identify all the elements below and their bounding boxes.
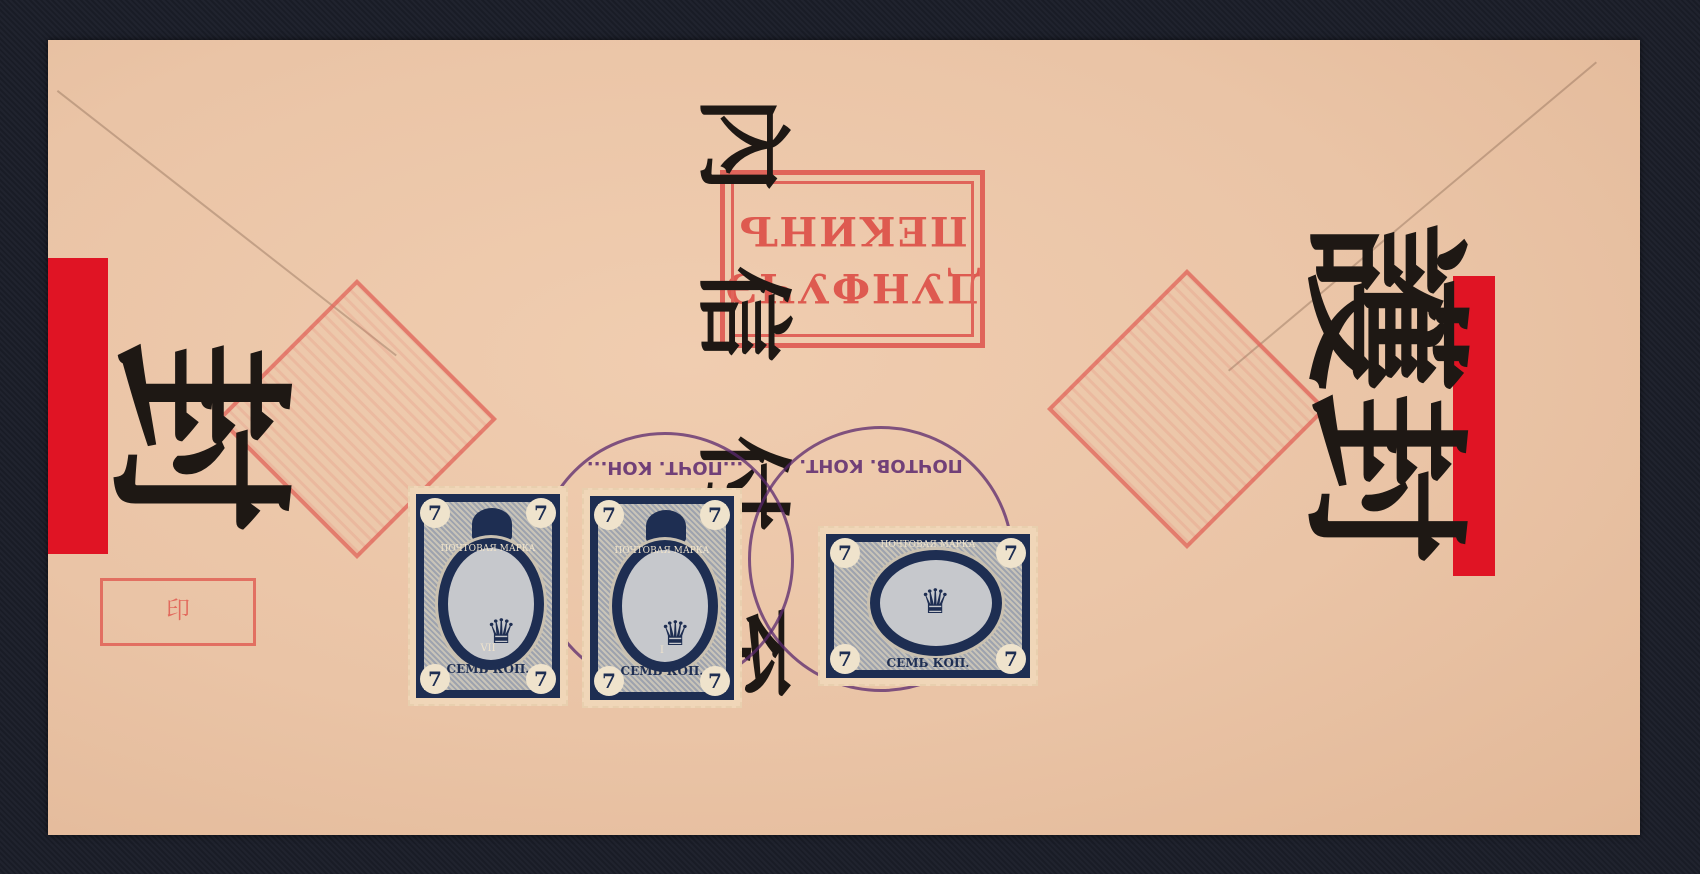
stamp-2: ♛ ПОЧТОВАЯ МАРКА I СЕМЬ КОП. 7 7 7 7 <box>582 488 742 708</box>
corner-numeral: 7 <box>996 538 1026 568</box>
corner-numeral: 7 <box>700 500 730 530</box>
stamp-1: ♛ ПОЧТОВАЯ МАРКА VII СЕМЬ КОП. 7 7 7 7 <box>408 486 568 706</box>
corner-numeral: 7 <box>700 666 730 696</box>
stamp-plate: I <box>590 645 734 656</box>
envelope: ДУНФУЧЭ ПЕКИНЪ 印 封 內 信 付 至 護封 ...ПОЧТ. К… <box>48 40 1640 835</box>
stamp-text: ПОЧТОВАЯ МАРКА <box>590 546 734 556</box>
corner-numeral: 7 <box>526 498 556 528</box>
corner-numeral: 7 <box>526 664 556 694</box>
crown-icon <box>472 508 512 540</box>
calligraphy-left: 封 <box>77 341 350 531</box>
corner-numeral: 7 <box>830 644 860 674</box>
double-eagle-icon: ♛ <box>920 582 950 622</box>
corner-numeral: 7 <box>594 666 624 696</box>
stamp-oval: ♛ <box>870 550 1002 656</box>
stamp-plate: VII <box>416 643 560 654</box>
red-chop-seal: 印 <box>100 578 256 646</box>
postmark-right-text: ПОЧТОВ. КОНТ. <box>751 455 1011 476</box>
corner-numeral: 7 <box>594 500 624 530</box>
corner-numeral: 7 <box>996 644 1026 674</box>
corner-numeral: 7 <box>420 498 450 528</box>
stamp-text: ПОЧТОВАЯ МАРКА <box>416 544 560 554</box>
corner-numeral: 7 <box>830 538 860 568</box>
calligraphy-right: 護封 <box>1276 222 1521 562</box>
crown-icon <box>646 510 686 542</box>
corner-numeral: 7 <box>420 664 450 694</box>
stamp-3: ♛ ПОЧТОВАЯ МАРКА СЕМЬ КОП. 7 7 7 7 <box>818 526 1038 686</box>
